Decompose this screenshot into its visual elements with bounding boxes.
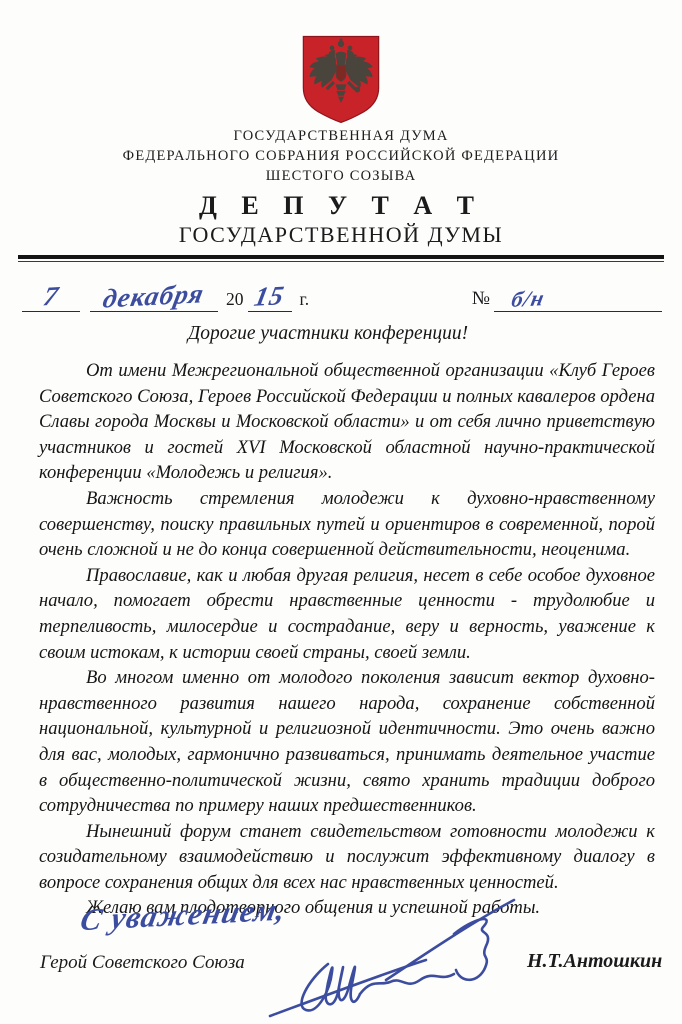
number-blank: б/н <box>494 277 662 312</box>
divider-thin-line <box>18 261 664 262</box>
divider-thick-line <box>18 255 664 259</box>
handwritten-closing: С уважением, <box>77 893 289 938</box>
deputy-title-sub: ГОСУДАРСТВЕННОЙ ДУМЫ <box>0 221 682 249</box>
letterhead-deputy-title: Д Е П У Т А Т ГОСУДАРСТВЕННОЙ ДУМЫ <box>0 191 682 249</box>
date-century: 20 <box>226 289 244 312</box>
paragraph-2: Важность стремления молодежи к духовно-н… <box>39 486 655 563</box>
org-line-2: ФЕДЕРАЛЬНОГО СОБРАНИЯ РОССИЙСКОЙ ФЕДЕРАЦ… <box>0 146 682 166</box>
letterhead-org-name: ГОСУДАРСТВЕННАЯ ДУМА ФЕДЕРАЛЬНОГО СОБРАН… <box>0 126 682 186</box>
paragraph-4: Во многом именно от молодого поколения з… <box>39 665 655 819</box>
date-year-blank: 15 <box>248 277 292 312</box>
signer-title: Герой Советского Союза <box>40 952 245 974</box>
russia-coat-of-arms-icon <box>300 34 382 124</box>
handwritten-day: 7 <box>41 281 62 312</box>
document-number-field: № б/н <box>472 277 662 312</box>
paragraph-5: Нынешний форум станет свидетельством гот… <box>39 819 655 896</box>
handwritten-year: 15 <box>252 280 287 311</box>
date-field: 7 декабря 20 15 г. <box>22 277 309 312</box>
letterhead-divider <box>18 255 664 262</box>
signer-name: Н.Т.Антошкин <box>527 950 662 973</box>
number-sign: № <box>472 288 490 312</box>
paragraph-3: Православие, как и любая другая религия,… <box>39 563 655 665</box>
org-line-1: ГОСУДАРСТВЕННАЯ ДУМА <box>0 126 682 146</box>
signature-scribble <box>268 894 528 1022</box>
date-number-line: 7 декабря 20 15 г. № б/н <box>22 270 662 312</box>
date-day-blank: 7 <box>22 277 80 312</box>
org-line-3: ШЕСТОГО СОЗЫВА <box>0 166 682 186</box>
date-month-blank: декабря <box>90 277 218 312</box>
letter-body: От имени Межрегиональной общественной ор… <box>39 358 655 921</box>
paragraph-1: От имени Межрегиональной общественной ор… <box>39 358 655 486</box>
scanned-letter: ГОСУДАРСТВЕННАЯ ДУМА ФЕДЕРАЛЬНОГО СОБРАН… <box>0 0 682 1024</box>
handwritten-number: б/н <box>509 283 548 315</box>
deputy-title-main: Д Е П У Т А Т <box>0 191 682 221</box>
handwritten-month: декабря <box>101 278 207 313</box>
date-year-suffix: г. <box>300 289 310 312</box>
signature-block: С уважением, Герой Советского Союза Н.Т.… <box>0 898 682 1024</box>
salutation: Дорогие участники конференции! <box>0 323 656 345</box>
